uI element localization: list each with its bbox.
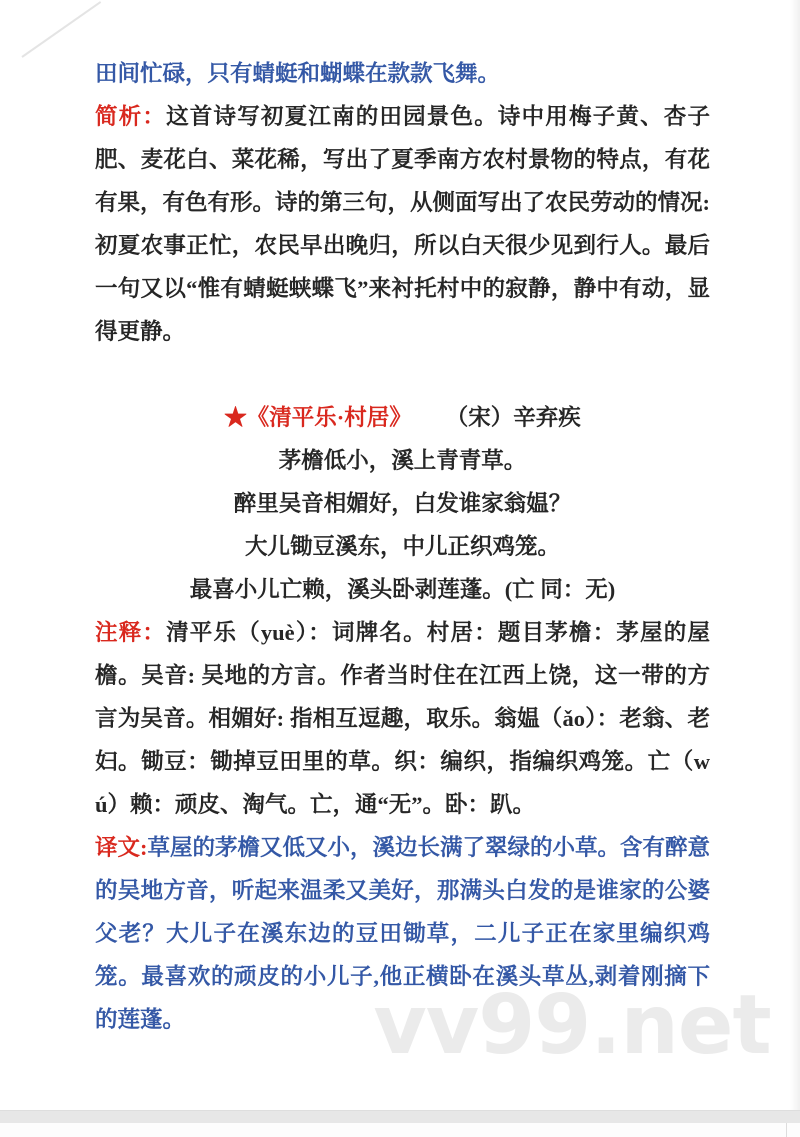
analysis-text: 这首诗写初夏江南的田园景色。诗中用梅子黄、杏子肥、麦花白、菜花稀，写出了夏季南方…	[95, 104, 710, 344]
poem-title-line: ★《清平乐·村居》（宋）辛弃疾	[95, 396, 710, 439]
poem-title: 《清平乐·村居》	[247, 405, 412, 430]
blank-line	[95, 353, 710, 396]
poem-author: （宋）辛弃疾	[446, 405, 581, 430]
poem-line: 大儿锄豆溪东，中儿正织鸡笼。	[95, 525, 710, 568]
document-text: 田间忙碌，只有蜻蜓和蝴蝶在款款飞舞。 简析：这首诗写初夏江南的田园景色。诗中用梅…	[95, 52, 710, 1041]
page-corner-fold-line	[21, 1, 101, 58]
translation-label: 译文:	[95, 835, 148, 860]
page-right-edge-shadow	[790, 0, 800, 1110]
notes-paragraph: 注释：清平乐（yuè）：词牌名。村居：题目茅檐：茅屋的屋檐。吴音: 吴地的方言。…	[95, 611, 710, 826]
notes-label: 注释：	[95, 620, 166, 645]
poem-line: 醉里吴音相媚好，白发谁家翁媪？	[95, 482, 710, 525]
analysis-paragraph: 简析：这首诗写初夏江南的田园景色。诗中用梅子黄、杏子肥、麦花白、菜花稀，写出了夏…	[95, 95, 710, 353]
next-page-margin-line	[786, 1123, 787, 1137]
next-page-top	[0, 1123, 800, 1137]
intro-line-text: 田间忙碌，只有蜻蜓和蝴蝶在款款飞舞。	[95, 61, 500, 86]
document-page: vv99.net 田间忙碌，只有蜻蜓和蝴蝶在款款飞舞。 简析：这首诗写初夏江南的…	[0, 0, 800, 1137]
poem-line: 茅檐低小，溪上青青草。	[95, 439, 710, 482]
star-icon: ★	[224, 405, 247, 430]
notes-text: 清平乐（yuè）：词牌名。村居：题目茅檐：茅屋的屋檐。吴音: 吴地的方言。作者当…	[95, 620, 710, 817]
translation-paragraph: 译文:草屋的茅檐又低又小，溪边长满了翠绿的小草。含有醉意的吴地方音，听起来温柔又…	[95, 826, 710, 1041]
translation-text: 草屋的茅檐又低又小，溪边长满了翠绿的小草。含有醉意的吴地方音，听起来温柔又美好，…	[95, 835, 710, 1032]
intro-paragraph: 田间忙碌，只有蜻蜓和蝴蝶在款款飞舞。	[95, 52, 710, 95]
poem-line: 最喜小儿亡赖，溪头卧剥莲蓬。(亡 同：无)	[95, 568, 710, 611]
analysis-label: 简析：	[95, 104, 166, 129]
page-break-band	[0, 1110, 800, 1123]
